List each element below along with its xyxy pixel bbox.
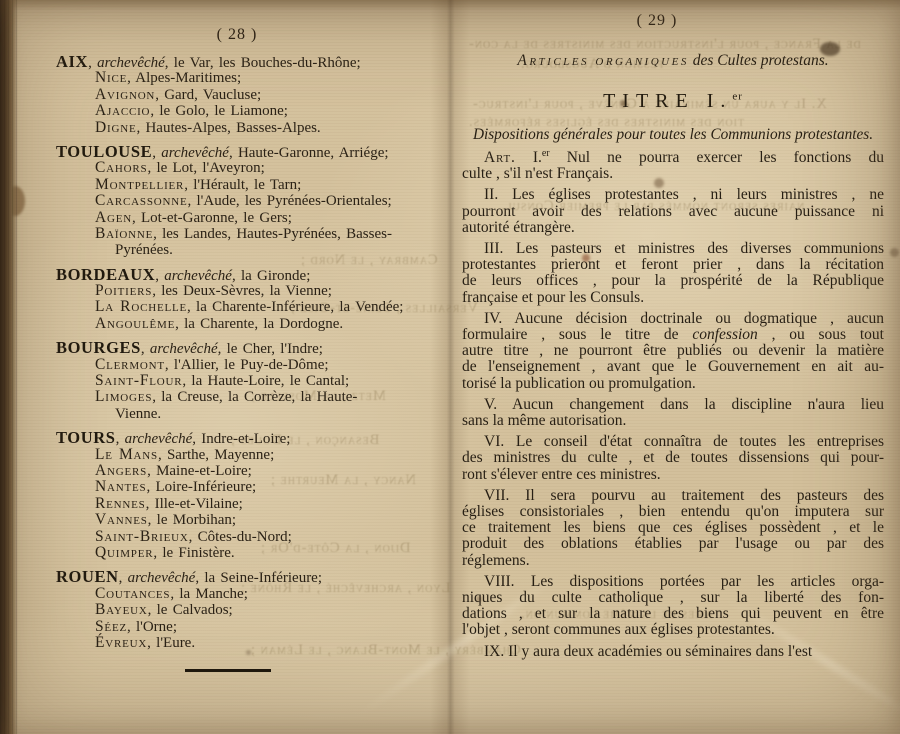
diocese-list: AIX, archevêché, le Var, les Bouches-du-… xyxy=(56,54,442,651)
text-segment: pourront avoir des relations avec aucune… xyxy=(462,203,884,220)
article-paragraph: III. Les pasteurs et ministres des diver… xyxy=(462,241,884,306)
diocese-entry-line: Agen, Lot-et-Garonne, le Gers; xyxy=(56,210,442,226)
smallcaps-segment: Saint-Brieux xyxy=(95,528,189,545)
text-segment: , le Golo, le Liamone; xyxy=(150,103,288,119)
text-segment: , la Manche; xyxy=(170,586,248,602)
article-line: produit des oblations établies par l'usa… xyxy=(462,536,884,552)
article-line: ront s'élever entre ces ministres. xyxy=(462,467,884,483)
text-segment: ce traitement les biens que ces églises … xyxy=(462,519,884,536)
smallcaps-segment: La Rochelle xyxy=(95,298,187,315)
text-segment: , la Charente, la Dordogne. xyxy=(175,316,343,332)
text-segment: I. xyxy=(516,149,542,166)
smallcaps-segment: Bayeux xyxy=(95,601,148,618)
smallcaps-segment: Avignon xyxy=(95,86,155,103)
text-segment: de l'enseignement , avant que le Gouvern… xyxy=(462,358,884,375)
book-scan: Cambray , le Nord ;Versailles , Seine-et… xyxy=(0,0,900,734)
text-segment: IV. Aucune décision doctrinale ou dogmat… xyxy=(484,310,884,327)
smallcaps-segment: Vannes xyxy=(95,511,148,528)
diocese-entry-line: Cahors, le Lot, l'Aveyron; xyxy=(56,160,442,176)
text-segment: ront s'élever entre ces ministres. xyxy=(462,466,661,483)
text-segment: , Loire-Inférieure; xyxy=(146,479,256,495)
smallcaps-segment: Séez xyxy=(95,618,127,635)
text-segment: , Hautes-Alpes, Basses-Alpes. xyxy=(136,120,320,136)
italic-segment: confession xyxy=(692,326,757,343)
diocese-entry-line: Avignon, Gard, Vaucluse; xyxy=(56,87,442,103)
text-segment: Nul ne pourra exercer les fonctions du xyxy=(550,149,884,166)
text-segment: , Gard, Vaucluse; xyxy=(155,87,261,103)
diocese-entry-line: Pyrénées. xyxy=(56,242,442,258)
article-line: française et pour les Consuls. xyxy=(462,290,884,306)
diocese-entry-line: Saint-Brieux, Côtes-du-Nord; xyxy=(56,529,442,545)
article-paragraph: V. Aucun changement dans la discipline n… xyxy=(462,397,884,429)
diocese-entry-line: Montpellier, l'Hérault, le Tarn; xyxy=(56,177,442,193)
binding-edge xyxy=(0,0,18,734)
text-segment: , les Deux-Sèvres, la Vienne; xyxy=(152,283,332,299)
smallcaps-segment: Coutances xyxy=(95,585,170,602)
article-line: réglemens. xyxy=(462,553,884,569)
text-segment: IX. Il y aura deux académies ou séminair… xyxy=(484,643,812,660)
headword-segment: AIX xyxy=(56,52,88,71)
diocese-entry-line: BORDEAUX, archevêché, la Gironde; xyxy=(56,267,442,283)
smallcaps-segment: Baïonne xyxy=(95,225,153,242)
text-segment: , la Charente-Inférieure, la Vendée; xyxy=(187,299,403,315)
smallcaps-segment: Nantes xyxy=(95,478,146,495)
diocese-entry-line: TOURS, archevêché, Indre-et-Loire; xyxy=(56,430,442,446)
chapter-heading-caps: Articles organiques xyxy=(517,52,688,69)
smallcaps-segment: Agen xyxy=(95,209,132,226)
diocese-entry-line: Vienne. xyxy=(56,406,442,422)
text-segment: française et pour les Consuls. xyxy=(462,289,644,306)
text-segment: , le Morbihan; xyxy=(148,512,236,528)
text-segment: églises consistoriales , bien entendu qu… xyxy=(462,503,884,520)
diocese-entry-line: Carcassonne, l'Aude, les Pyrénées-Orient… xyxy=(56,193,442,209)
article-line: l'objet , seront communes aux églises pr… xyxy=(462,622,884,638)
text-segment: torisé la publication ou promulgation. xyxy=(462,375,696,392)
diocese-entry-line: BOURGES, archevêché, le Cher, l'Indre; xyxy=(56,340,442,356)
italic-segment: archevêché xyxy=(161,145,229,161)
text-segment: Vienne. xyxy=(115,406,161,422)
text-segment: II. Les églises protestantes , ni leurs … xyxy=(484,186,884,203)
text-segment: , Ille-et-Vilaine; xyxy=(146,496,243,512)
text-segment: , le Var, les Bouches-du-Rhône; xyxy=(165,55,361,71)
text-segment: , ou sous tout xyxy=(758,326,884,343)
page-number-left: ( 28 ) xyxy=(44,26,430,44)
article-line: IX. Il y aura deux académies ou séminair… xyxy=(462,644,884,660)
diocese-entry-line: Séez, l'Orne; xyxy=(56,619,442,635)
article-line: niques du culte catholique , sur la libe… xyxy=(462,590,884,606)
page-28: ( 28 ) AIX, archevêché, le Var, les Bouc… xyxy=(56,26,442,672)
text-segment: , la Haute-Loire, le Cantal; xyxy=(182,373,349,389)
diocese-entry-line: La Rochelle, la Charente-Inférieure, la … xyxy=(56,299,442,315)
text-segment: , le Cher, l'Indre; xyxy=(218,341,323,357)
text-segment: , l'Eure. xyxy=(147,635,195,651)
diocese-entry-line: Le Mans, Sarthe, Mayenne; xyxy=(56,447,442,463)
headword-segment: TOULOUSE xyxy=(56,142,152,161)
text-segment: , le Finistère. xyxy=(153,545,234,561)
article-paragraph: VII. Il sera pourvu au traitement des pa… xyxy=(462,488,884,569)
text-segment: VIII. Les dispositions portées par les a… xyxy=(484,573,884,590)
text-segment: niques du culte catholique , sur la libe… xyxy=(462,589,884,606)
smallcaps-segment: Quimper xyxy=(95,544,153,561)
diocese-entry-line: Limoges, la Creuse, la Corrèze, la Haute… xyxy=(56,389,442,405)
smallcaps-segment: Saint-Flour xyxy=(95,372,182,389)
article-paragraph: IX. Il y aura deux académies ou séminair… xyxy=(462,644,884,660)
article-line: pourront avoir des relations avec aucune… xyxy=(462,204,884,220)
text-segment: , xyxy=(155,268,164,284)
article-line: sans la même autorisation. xyxy=(462,413,884,429)
ink-spot xyxy=(890,248,899,257)
superscript-segment: er xyxy=(542,148,550,159)
headword-segment: TOURS xyxy=(56,428,116,447)
article-line: culte , s'il n'est Français. xyxy=(462,166,884,182)
article-line: formulaire , sous le titre de confession… xyxy=(462,327,884,343)
smallcaps-segment: Poitiers xyxy=(95,282,152,299)
text-segment: sans la même autorisation. xyxy=(462,412,626,429)
article-line: protestantes prieront et feront prier , … xyxy=(462,257,884,273)
text-segment: de leurs offices , pour la prospérité de… xyxy=(462,272,884,289)
headword-segment: BORDEAUX xyxy=(56,265,155,284)
text-segment: , xyxy=(152,145,161,161)
text-segment: VII. Il sera pourvu au traitement des pa… xyxy=(484,487,884,504)
text-segment: , Haute-Garonne, Arriége; xyxy=(229,145,389,161)
text-segment: formulaire , sous le titre de xyxy=(462,326,692,343)
titre-heading: TITRE I.er xyxy=(462,90,884,112)
text-segment: , Sarthe, Mayenne; xyxy=(158,447,274,463)
headword-segment: BOURGES xyxy=(56,338,141,357)
text-segment: dations , et sur la nature des biens qui… xyxy=(462,605,884,622)
text-segment: produit des oblations établies par l'usa… xyxy=(462,535,884,552)
text-segment: , les Landes, Hautes-Pyrénées, Basses- xyxy=(153,226,392,242)
article-line: III. Les pasteurs et ministres des diver… xyxy=(462,241,884,257)
text-segment: protestantes prieront et feront prier , … xyxy=(462,256,884,273)
subtitle: Dispositions générales pour toutes les C… xyxy=(462,126,884,144)
text-segment: , Alpes-Maritimes; xyxy=(127,70,241,86)
text-segment: , la Creuse, la Corrèze, la Haute- xyxy=(152,389,357,405)
text-segment: culte , s'il n'est Français. xyxy=(462,165,613,182)
smallcaps-segment: Ajaccio xyxy=(95,102,150,119)
diocese-entry-line: Quimper, le Finistère. xyxy=(56,545,442,561)
smallcaps-segment: Rennes xyxy=(95,495,146,512)
text-segment: l'objet , seront communes aux églises pr… xyxy=(462,621,775,638)
article-paragraph: VI. Le conseil d'état connaîtra de toute… xyxy=(462,434,884,483)
article-paragraph: II. Les églises protestantes , ni leurs … xyxy=(462,187,884,236)
text-segment: des ministres du culte , et de toutes di… xyxy=(462,449,884,466)
article-line: torisé la publication ou promulgation. xyxy=(462,376,884,392)
text-segment: , le Calvados; xyxy=(148,602,233,618)
chapter-heading: Articles organiques des Cultes protestan… xyxy=(462,52,884,70)
titre-text: TITRE I. xyxy=(603,90,732,112)
article-line: VII. Il sera pourvu au traitement des pa… xyxy=(462,488,884,504)
diocese-entry-line: ROUEN, archevêché, la Seine-Inférieure; xyxy=(56,569,442,585)
smallcaps-segment: Montpellier xyxy=(95,176,184,193)
article-paragraph: Art. I.er Nul ne pourra exercer les fonc… xyxy=(462,150,884,182)
text-segment: autre titre , ne pourront être publiés o… xyxy=(462,342,884,359)
text-segment: , Indre-et-Loire; xyxy=(192,431,290,447)
diocese-entry-line: Angers, Maine-et-Loire; xyxy=(56,463,442,479)
text-segment: , l'Allier, le Puy-de-Dôme; xyxy=(165,357,329,373)
text-segment: , le Lot, l'Aveyron; xyxy=(147,160,264,176)
article-line: dations , et sur la nature des biens qui… xyxy=(462,606,884,622)
text-segment: réglemens. xyxy=(462,552,530,569)
italic-segment: archevêché xyxy=(164,268,232,284)
headword-segment: ROUEN xyxy=(56,567,119,586)
diocese-entry-line: Nice, Alpes-Maritimes; xyxy=(56,70,442,86)
diocese-entry-line: Saint-Flour, la Haute-Loire, le Cantal; xyxy=(56,373,442,389)
text-segment: , l'Hérault, le Tarn; xyxy=(184,177,301,193)
titre-superscript: er xyxy=(732,90,743,102)
diocese-entry-line: Évreux, l'Eure. xyxy=(56,635,442,651)
diocese-entry-line: TOULOUSE, archevêché, Haute-Garonne, Arr… xyxy=(56,144,442,160)
article-line: Art. I.er Nul ne pourra exercer les fonc… xyxy=(462,150,884,166)
text-segment: VI. Le conseil d'état connaîtra de toute… xyxy=(484,433,884,450)
text-segment: , la Gironde; xyxy=(232,268,310,284)
page-number-right: ( 29 ) xyxy=(462,12,852,30)
text-segment: , Côtes-du-Nord; xyxy=(189,529,292,545)
smallcaps-segment: Clermont xyxy=(95,356,165,373)
diocese-entry-line: Nantes, Loire-Inférieure; xyxy=(56,479,442,495)
article-line: ce traitement les biens que ces églises … xyxy=(462,520,884,536)
text-segment: , l'Orne; xyxy=(127,619,177,635)
diocese-entry-line: Coutances, la Manche; xyxy=(56,586,442,602)
article-line: IV. Aucune décision doctrinale ou dogmat… xyxy=(462,311,884,327)
diocese-entry-line: AIX, archevêché, le Var, les Bouches-du-… xyxy=(56,54,442,70)
smallcaps-segment: Carcassonne xyxy=(95,192,188,209)
article-line: autorité étrangère. xyxy=(462,220,884,236)
section-end-rule xyxy=(185,669,271,672)
diocese-entry-line: Clermont, l'Allier, le Puy-de-Dôme; xyxy=(56,357,442,373)
text-segment: autorité étrangère. xyxy=(462,219,575,236)
diocese-entry-line: Rennes, Ille-et-Vilaine; xyxy=(56,496,442,512)
smallcaps-segment: Digne xyxy=(95,119,136,136)
diocese-entry-line: Bayeux, le Calvados; xyxy=(56,602,442,618)
smallcaps-segment: Nice xyxy=(95,69,127,86)
article-line: VI. Le conseil d'état connaîtra de toute… xyxy=(462,434,884,450)
smallcaps-segment: Cahors xyxy=(95,159,147,176)
diocese-entry-line: Digne, Hautes-Alpes, Basses-Alpes. xyxy=(56,120,442,136)
text-segment: Pyrénées. xyxy=(115,242,173,258)
article-line: des ministres du culte , et de toutes di… xyxy=(462,450,884,466)
article-line: de leurs offices , pour la prospérité de… xyxy=(462,273,884,289)
text-segment: , l'Aude, les Pyrénées-Orientales; xyxy=(188,193,392,209)
article-line: II. Les églises protestantes , ni leurs … xyxy=(462,187,884,203)
smallcaps-segment: Limoges xyxy=(95,388,152,405)
article-line: VIII. Les dispositions portées par les a… xyxy=(462,574,884,590)
text-segment: , la Seine-Inférieure; xyxy=(195,570,322,586)
smallcaps-segment: Évreux xyxy=(95,634,147,651)
chapter-heading-rest: des Cultes protestans. xyxy=(689,52,829,69)
article-line: autre titre , ne pourront être publiés o… xyxy=(462,343,884,359)
article-paragraph: IV. Aucune décision doctrinale ou dogmat… xyxy=(462,311,884,392)
text-segment: V. Aucun changement dans la discipline n… xyxy=(484,396,884,413)
text-segment: , Lot-et-Garonne, le Gers; xyxy=(132,210,292,226)
text-segment: III. Les pasteurs et ministres des diver… xyxy=(484,240,884,257)
article-line: V. Aucun changement dans la discipline n… xyxy=(462,397,884,413)
article-line: églises consistoriales , bien entendu qu… xyxy=(462,504,884,520)
smallcaps-segment: Angoulême xyxy=(95,315,175,332)
smallcaps-segment: Angers xyxy=(95,462,147,479)
diocese-entry-line: Ajaccio, le Golo, le Liamone; xyxy=(56,103,442,119)
diocese-entry-line: Vannes, le Morbihan; xyxy=(56,512,442,528)
diocese-entry-line: Poitiers, les Deux-Sèvres, la Vienne; xyxy=(56,283,442,299)
smallcaps-segment: Le Mans xyxy=(95,446,158,463)
articles-body: Art. I.er Nul ne pourra exercer les fonc… xyxy=(462,150,884,660)
article-paragraph: VIII. Les dispositions portées par les a… xyxy=(462,574,884,639)
smallcaps-segment: Art. xyxy=(484,149,516,166)
page-29: ( 29 ) Articles organiques des Cultes pr… xyxy=(462,12,884,660)
text-segment: , Maine-et-Loire; xyxy=(147,463,252,479)
article-line: de l'enseignement , avant que le Gouvern… xyxy=(462,359,884,375)
diocese-entry-line: Baïonne, les Landes, Hautes-Pyrénées, Ba… xyxy=(56,226,442,242)
diocese-entry-line: Angoulême, la Charente, la Dordogne. xyxy=(56,316,442,332)
